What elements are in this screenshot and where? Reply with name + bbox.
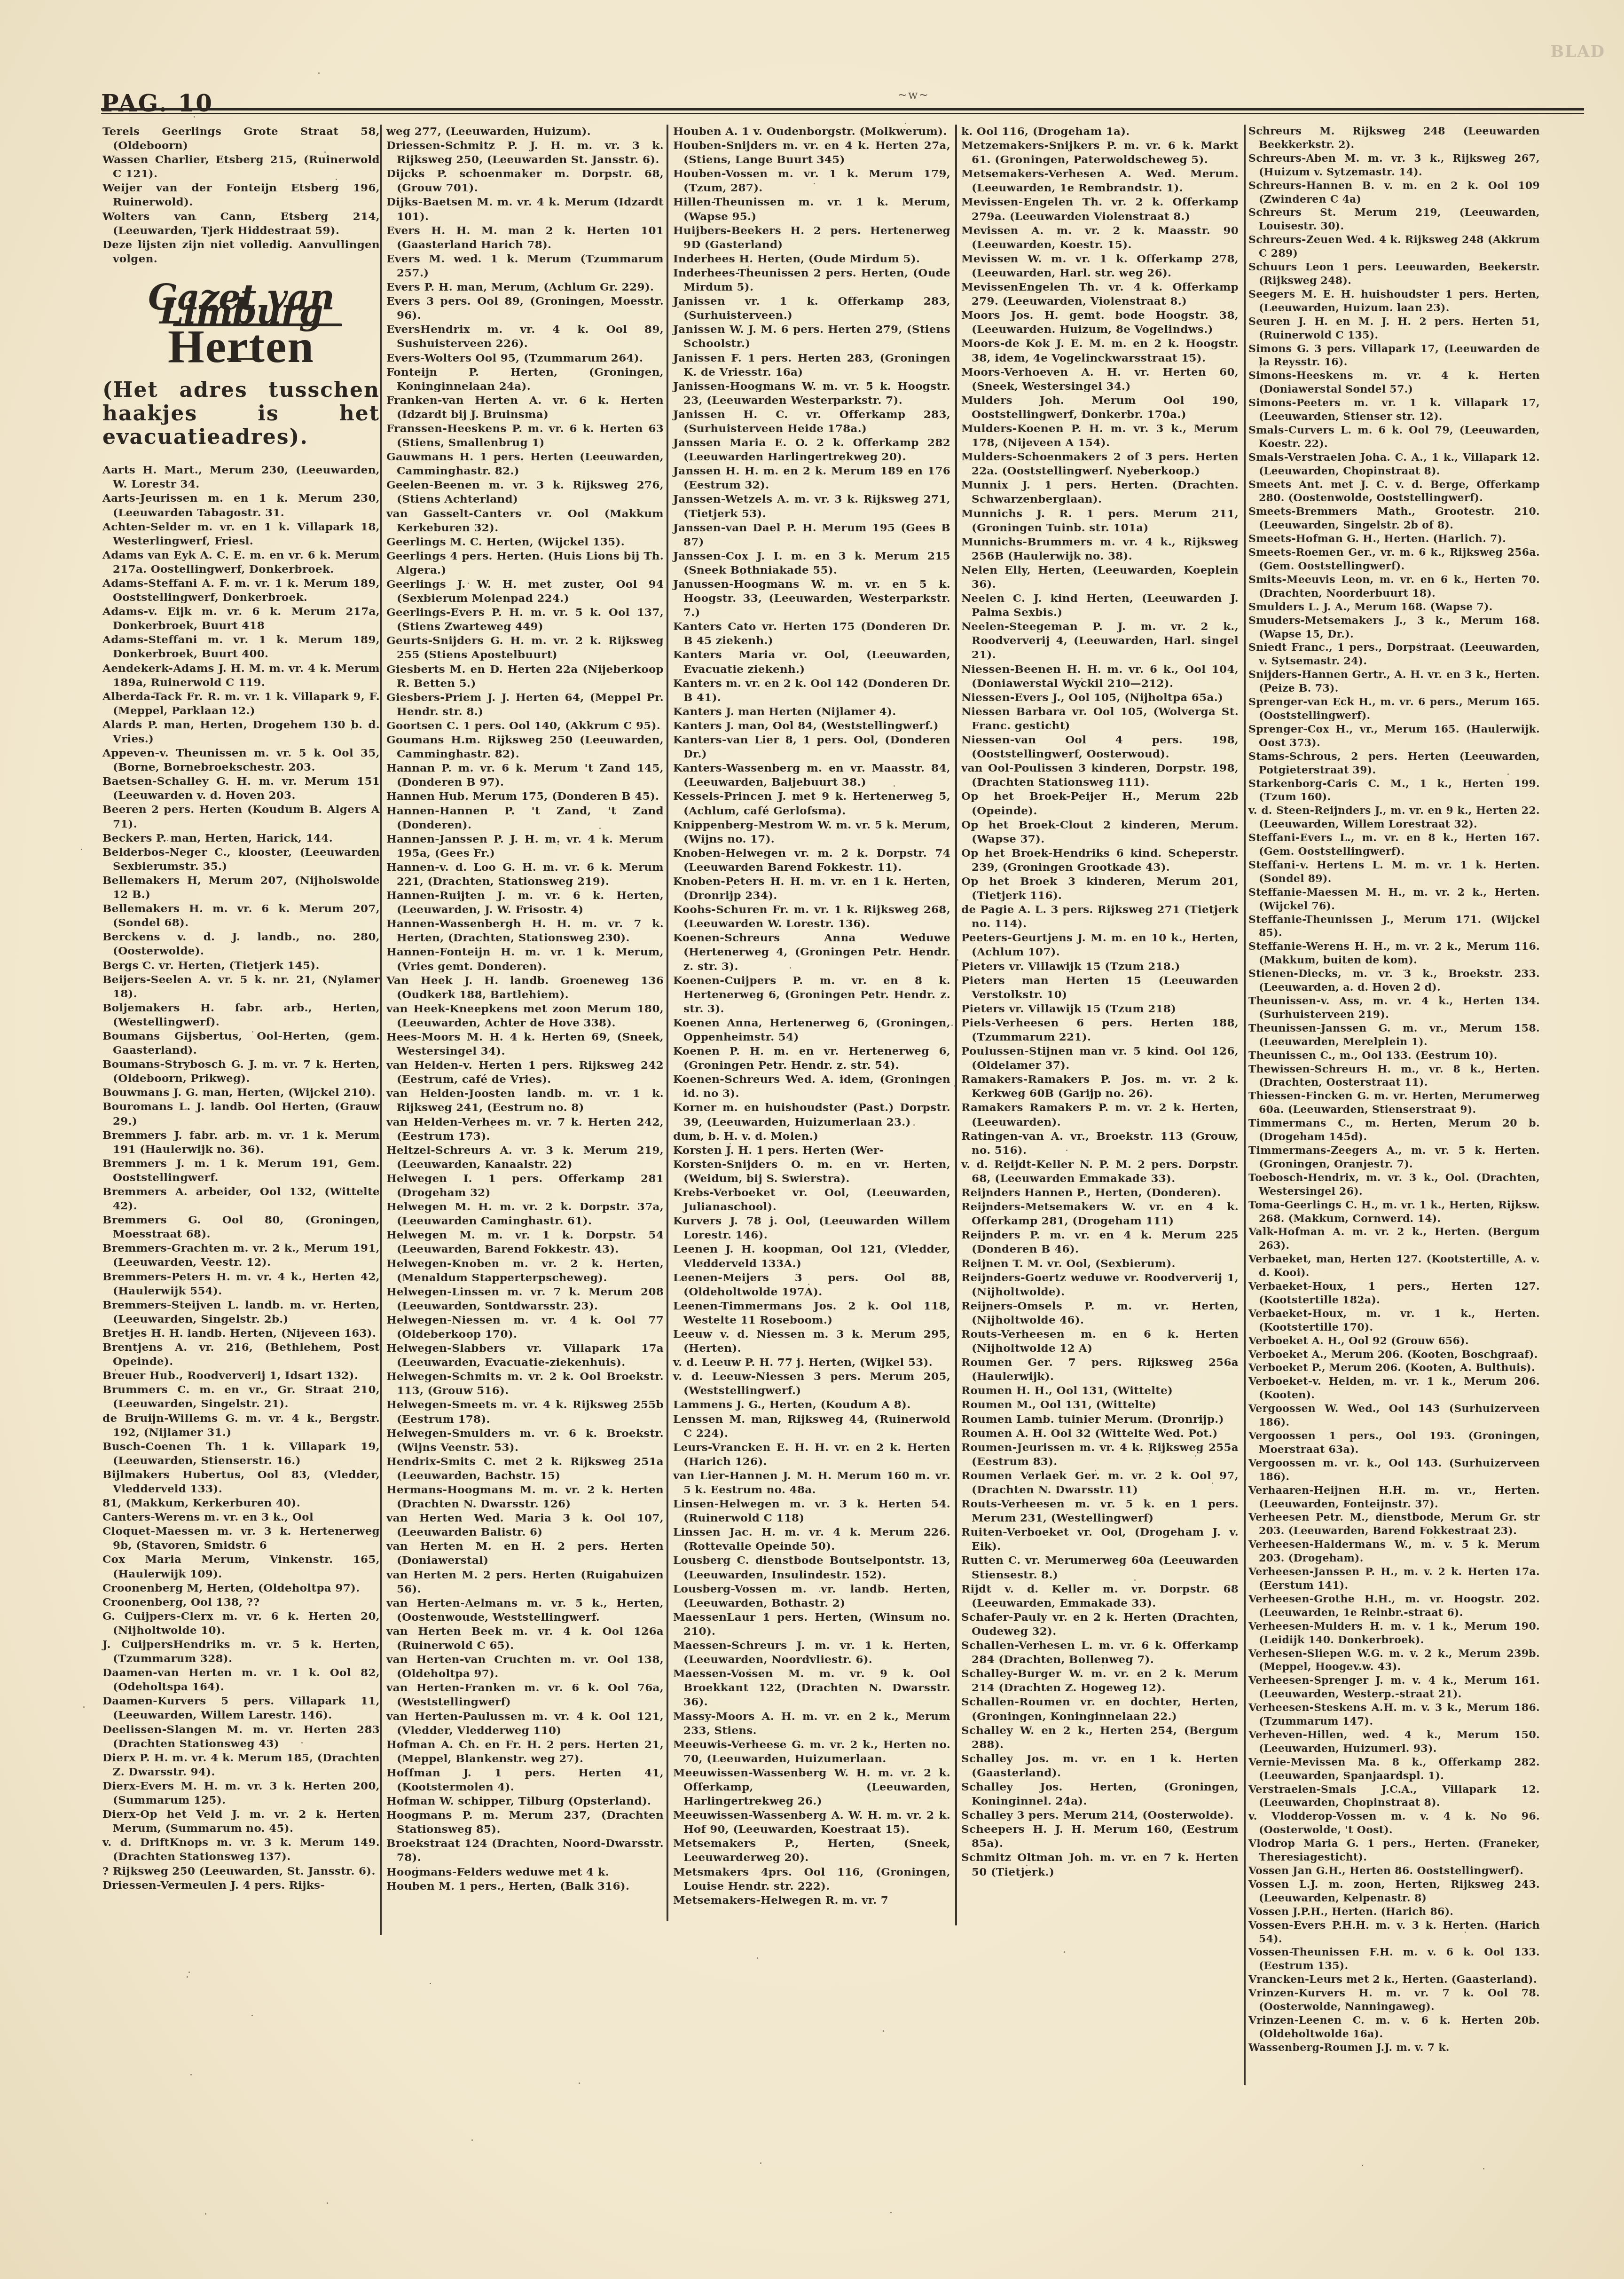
list-entry: Meeuwis-Verheese G. m. vr. 2 k., Herten … <box>673 1738 950 1766</box>
list-entry: Lousberg-Vossen m. vr. landb. Herten, (L… <box>673 1582 950 1610</box>
list-entry: v. d. Leeuw-Niessen 3 pers. Merum 205, (… <box>673 1370 950 1398</box>
list-entry: Schalley Jos. m. vr. en 1 k. Herten (Gaa… <box>961 1752 1239 1780</box>
list-entry: Hannen-Ruijten J. m. vr. 6 k. Herten, (L… <box>386 889 664 917</box>
list-entry: Korsten-Snijders O. m. en vr. Herten, (W… <box>673 1158 950 1186</box>
list-entry: Terels Geerlings Grote Straat 58, (Oldeb… <box>102 125 380 153</box>
speck <box>883 2030 884 2032</box>
list-entry: Bremmers A. arbeider, Ool 132, (Wittelte… <box>102 1185 380 1213</box>
list-entry: Vossen-Evers P.H.H. m. v. 3 k. Herten. (… <box>1248 1919 1540 1946</box>
list-entry: Koenen P. H. m. en vr. Hertenerweg 6, (G… <box>673 1044 950 1072</box>
list-entry: Koohs-Schuren Fr. m. vr. 1 k. Rijksweg 2… <box>673 903 950 931</box>
list-entry: Stams-Schrous, 2 pers. Herten (Leeuwarde… <box>1248 750 1540 777</box>
list-entry: Vlodrop Maria G. 1 pers., Herten. (Frane… <box>1248 1837 1540 1864</box>
list-entry: Helwegen-Slabbers vr. Villapark 17a (Lee… <box>386 1341 664 1370</box>
list-entry: Theunissen C., m., Ool 133. (Eestrum 10)… <box>1248 1049 1540 1063</box>
list-entry: Hannen Hub. Merum 175, (Donderen B 45). <box>386 789 664 804</box>
list-entry: Smuders-Metsemakers J., 3 k., Merum 168.… <box>1248 614 1540 641</box>
top-mark: ~w~ <box>898 88 929 102</box>
list-entry: Schafer-Pauly vr. en 2 k. Herten (Dracht… <box>961 1610 1239 1639</box>
list-entry: Toebosch-Hendrix, m. vr. 3 k., Ool. (Dra… <box>1248 1171 1540 1199</box>
list-entry: Canters-Werens m. vr. en 3 k., Ool <box>102 1510 380 1524</box>
list-entry: van Lier-Hannen J. M. H. Merum 160 m. vr… <box>673 1469 950 1497</box>
list-entry: Driessen-Vermeulen J. 4 pers. Rijks- <box>102 1878 380 1893</box>
list-entry: Berckens v. d. J. landb., no. 280, (Oost… <box>102 930 380 958</box>
list-entry: Schreurs St. Merum 219, (Leeuwarden, Lou… <box>1248 206 1540 233</box>
list-entry: Alards P. man, Herten, Drogehem 130 b. d… <box>102 718 380 746</box>
list-entry: Hofman A. Ch. en Fr. H. 2 pers. Herten 2… <box>386 1738 664 1766</box>
list-entry: Verheven-Hillen, wed. 4 k., Merum 150. (… <box>1248 1728 1540 1756</box>
list-entry: Dierx-Op het Veld J. m. vr. 2 k. Herten … <box>102 1807 380 1836</box>
speck <box>417 711 418 712</box>
list-entry: Janssen-van Dael P. H. Merum 195 (Gees B… <box>673 521 950 549</box>
list-entry: Bretjes H. H. landb. Herten, (Nijeveen 1… <box>102 1326 380 1341</box>
speck <box>205 2213 206 2215</box>
list-entry: Beijers-Seelen A. vr. 5 k. nr. 21, (Nyla… <box>102 973 380 1001</box>
list-entry: Evers P. H. man, Merum, (Achlum Gr. 229)… <box>386 280 664 294</box>
speck <box>1081 678 1083 679</box>
list-entry: Poulussen-Stijnen man vr. 5 kind. Ool 12… <box>961 1044 1239 1072</box>
list-entry: Geerlings M. C. Herten, (Wijckel 135). <box>386 535 664 549</box>
list-entry: Schallen-Verhesen L. m. vr. 6 k. Offerka… <box>961 1639 1239 1667</box>
list-entry: Daamen-van Herten m. vr. 1 k. Ool 82, (O… <box>102 1666 380 1694</box>
list-entry: Maessen-Schreurs J. m. vr. 1 k. Herten, … <box>673 1639 950 1667</box>
list-entry: Mevissen A. m. vr. 2 k. Maasstr. 90 (Lee… <box>961 224 1239 252</box>
list-entry: k. Ool 116, (Drogeham 1a). <box>961 125 1239 139</box>
list-entry: Schreurs-Zeuen Wed. 4 k. Rijksweg 248 (A… <box>1248 233 1540 260</box>
speck <box>1064 1951 1065 1953</box>
list-entry: Beeren 2 pers. Herten (Koudum B. Algers … <box>102 803 380 831</box>
list-entry: van Herten-Aelmans m. vr. 5 k., Herten, … <box>386 1596 664 1624</box>
list-entry: Roumen H. H., Ool 131, (Wittelte) <box>961 1384 1239 1398</box>
list-entry: van Herten-Franken m. vr. 6 k. Ool 76a, … <box>386 1681 664 1709</box>
list-entry: Verhaaren-Heijnen H.H. m. vr., Herten. (… <box>1248 1484 1540 1511</box>
speck <box>905 123 906 124</box>
list-entry: Kanters Cato vr. Herten 175 (Donderen Dr… <box>673 620 950 648</box>
list-entry: Verbaeket-Houx, 1 pers., Herten 127. (Ko… <box>1248 1280 1540 1307</box>
list-entry: Moors Jos. H. gemt. bode Hoogstr. 38, (L… <box>961 308 1239 337</box>
list-entry: Hannen-Fonteijn H. m. vr. 1 k. Merum, (V… <box>386 945 664 973</box>
column-divider <box>1244 125 1246 2085</box>
list-entry: Vossen L.J. m. zoon, Herten, Rijksweg 24… <box>1248 1878 1540 1905</box>
list-entry: Hoffman J. 1 pers. Herten 41, (Kootsterm… <box>386 1766 664 1794</box>
list-entry: Dierx-Evers M. H. m. vr. 3 k. Herten 200… <box>102 1779 380 1807</box>
list-entry: Goumans H.m. Rijksweg 250 (Leeuwarden, C… <box>386 733 664 761</box>
list-entry: Nelen Elly, Herten, (Leeuwarden, Koeplei… <box>961 563 1239 591</box>
list-entry: Piels-Verheesen 6 pers. Herten 188, (Tzu… <box>961 1016 1239 1044</box>
list-entry: Helwegen M. H. m. vr. 2 k. Dorpstr. 37a,… <box>386 1200 664 1228</box>
list-entry: Evers M. wed. 1 k. Merum (Tzummarum 257.… <box>386 252 664 280</box>
list-entry: Ratingen-van A. vr., Broekstr. 113 (Grou… <box>961 1129 1239 1158</box>
list-entry: Huijbers-Beekers H. 2 pers. Hertenerweg … <box>673 224 950 252</box>
section-intro: (Het adres tusschen haakjes is het evacu… <box>102 379 380 449</box>
list-entry: Verboeket A. H., Ool 92 (Grouw 656). <box>1248 1334 1540 1348</box>
list-entry: Pieters vr. Villawijk 15 (Tzum 218) <box>961 1002 1239 1016</box>
list-entry: Croonenberg M, Herten, (Oldeholtpa 97). <box>102 1581 380 1595</box>
list-entry: Meeuwissen-Wassenberg A. W. H. m. vr. 2 … <box>673 1808 950 1837</box>
list-entry: Brummers C. m. en vr., Gr. Straat 210, (… <box>102 1383 380 1411</box>
list-entry: Hees-Moors M. H. 4 k. Herten 69, (Sneek,… <box>386 1030 664 1058</box>
speck <box>951 1025 953 1026</box>
list-entry: Lammens J. G., Herten, (Koudum A 8). <box>673 1398 950 1412</box>
speck <box>677 307 679 308</box>
list-entry: Verheesen-Grothe H.H., m. vr. Hoogstr. 2… <box>1248 1593 1540 1620</box>
speck <box>351 728 352 730</box>
list-entry: Vossen J.P.H., Herten. (Harich 86). <box>1248 1905 1540 1919</box>
list-entry: Janussen-Hoogmans W. m. vr. en 5 k. Hoog… <box>673 577 950 620</box>
list-entry: Janssen Maria E. O. 2 k. Offerkamp 282 (… <box>673 436 950 464</box>
speck <box>894 785 895 787</box>
list-entry: Bremmers J. m. 1 k. Merum 191, Gem. Oost… <box>102 1157 380 1185</box>
list-entry: Helwegen M. m. vr. 1 k. Dorpstr. 54 (Lee… <box>386 1228 664 1256</box>
list-entry: Verstraelen-Smals J.C.A., Villapark 12. … <box>1248 1783 1540 1810</box>
list-entry: van Helden-Joosten landb. m. vr. 1 k. Ri… <box>386 1087 664 1115</box>
list-entry: Verheesen Petr. M., dienstbode, Merum Gr… <box>1248 1511 1540 1538</box>
list-entry: Munnichs-Brummers m. vr. 4 k., Rijksweg … <box>961 535 1239 563</box>
speck <box>491 1127 493 1128</box>
list-entry: Roumen Ger. 7 pers. Rijksweg 256a (Haule… <box>961 1356 1239 1384</box>
list-entry: Smals-Verstraelen Joha. C. A., 1 k., Vil… <box>1248 451 1540 478</box>
list-entry: Thewissen-Schreurs H. m., vr. 8 k., Hert… <box>1248 1063 1540 1090</box>
list-entry: van Herten Beek m. vr. 4 k. Ool 126a (Ru… <box>386 1624 664 1653</box>
speck <box>318 72 320 74</box>
list-entry: Routs-Verheesen m. vr. 5 k. en 1 pers. M… <box>961 1497 1239 1525</box>
column-1: Terels Geerlings Grote Straat 58, (Oldeb… <box>102 125 380 1893</box>
list-entry: Leurs-Vrancken E. H. H. vr. en 2 k. Hert… <box>673 1441 950 1469</box>
list-entry: Niessen Barbara vr. Ool 105, (Wolverga S… <box>961 705 1239 733</box>
list-entry: Deze lijsten zijn niet volledig. Aanvull… <box>102 238 380 266</box>
header-rule <box>101 108 1584 110</box>
list-entry: Reijnders P. m. vr. en 4 k. Merum 225 (D… <box>961 1228 1239 1256</box>
list-entry: Dijcks P. schoenmaker m. Dorpstr. 68, (G… <box>386 167 664 195</box>
list-entry: Vrinzen-Leenen C. m. v. 6 k. Herten 20b.… <box>1248 2014 1540 2041</box>
list-entry: Hofman W. schipper, Tilburg (Opsterland)… <box>386 1794 664 1808</box>
list-entry: Hoogmans P. m. Merum 237, (Drachten Stat… <box>386 1808 664 1837</box>
list-entry: Schalley-Burger W. m. vr. en 2 k. Merum … <box>961 1667 1239 1695</box>
newspaper-page: BLAD PAG. 10 ~w~ Terels Geerlings Grote … <box>0 0 1624 2279</box>
list-entry: Vergoossen 1 pers., Ool 193. (Groningen,… <box>1248 1429 1540 1457</box>
list-entry: Munnichs J. R. 1 pers. Merum 211, (Groni… <box>961 507 1239 535</box>
list-entry: Cloquet-Maessen m. vr. 3 k. Hertenerweg … <box>102 1524 380 1553</box>
list-entry: Hannen-Wassenbergh H. H. m. vr. 7 k. Her… <box>386 917 664 945</box>
list-entry: Meeuwissen-Wassenberg W. H. m. vr. 2 k. … <box>673 1766 950 1808</box>
list-entry: Hannen-Janssen P. J. H. m. vr. 4 k. Meru… <box>386 832 664 860</box>
speck <box>1260 366 1261 368</box>
list-entry: Goortsen C. 1 pers. Ool 140, (Akkrum C 9… <box>386 719 664 733</box>
list-entry: Seegers M. E. H. huishoudster 1 pers. He… <box>1248 288 1540 315</box>
column-2: weg 277, (Leeuwarden, Huizum).Driessen-S… <box>386 125 664 1893</box>
list-entry: Timmermans C., m. Herten, Merum 20 b. (D… <box>1248 1117 1540 1144</box>
speck <box>1507 773 1509 775</box>
list-entry: Reijners-Omsels P. m. vr. Herten, (Nijho… <box>961 1299 1239 1327</box>
list-entry: Toma-Geerlings C. H., m. vr. 1 k., Herte… <box>1248 1199 1540 1226</box>
list-entry: Korner m. en huishoudster (Past.) Dorpst… <box>673 1101 950 1129</box>
list-entry: Neelen C. J. kind Herten, (Leeuwarden J.… <box>961 591 1239 620</box>
list-entry: Helwegen-Schmits m. vr. 2 k. Ool Broekst… <box>386 1370 664 1398</box>
list-entry: Scheepers H. J. H. Merum 160, (Eestrum 8… <box>961 1822 1239 1851</box>
list-entry: Lenssen M. man, Rijksweg 44, (Ruinerwold… <box>673 1412 950 1441</box>
list-entry: Helwegen-Smeets m. vr. 4 k. Rijksweg 255… <box>386 1398 664 1426</box>
list-entry: Adams-Steffani m. vr. 1 k. Merum 189, Do… <box>102 633 380 661</box>
list-entry: Hillen-Theunissen m. vr. 1 k. Merum, (Wa… <box>673 195 950 223</box>
list-entry: Beckers P. man, Herten, Harick, 144. <box>102 831 380 845</box>
list-entry: Snijders-Hannen Gertr., A. H. vr. en 3 k… <box>1248 668 1540 695</box>
list-entry: Verbaeket, man, Herten 127. (Kootstertil… <box>1248 1253 1540 1280</box>
list-entry: Bergs C. vr. Herten, (Tietjerk 145). <box>102 959 380 973</box>
list-entry: Steffanie-Maessen M. H., m. vr. 2 k., He… <box>1248 886 1540 913</box>
list-entry: Vrinzen-Kurvers H. m. vr. 7 k. Ool 78. (… <box>1248 1987 1540 2014</box>
column-divider <box>380 125 382 1935</box>
list-entry: Reijnders Hannen P., Herten, (Donderen). <box>961 1186 1239 1200</box>
list-entry: v. d. Reijdt-Keller N. P. M. 2 pers. Dor… <box>961 1158 1239 1186</box>
list-entry: Neelen-Steegeman P. J. m. vr. 2 k., Rood… <box>961 620 1239 662</box>
list-entry: Koenen Anna, Hertenerweg 6, (Groningen, … <box>673 1016 950 1044</box>
speck <box>1483 2168 1484 2169</box>
list-entry: Aendekerk-Adams J. H. M. m. vr. 4 k. Mer… <box>102 662 380 690</box>
list-entry: Janssen-Cox J. I. m. en 3 k. Merum 215 (… <box>673 549 950 577</box>
list-entry: Sprenger-Cox H., vr., Merum 165. (Hauler… <box>1248 723 1540 750</box>
list-entry: Smits-Meeuvis Leon, m. vr. en 6 k., Hert… <box>1248 573 1540 600</box>
speck <box>890 2212 892 2213</box>
speck <box>251 2015 253 2016</box>
list-entry: Reijnen T. M. vr. Ool, (Sexbierum). <box>961 1257 1239 1271</box>
list-entry: Dierx P. H. m. vr. 4 k. Merum 185, (Drac… <box>102 1751 380 1779</box>
speck <box>195 219 196 220</box>
list-entry: Valk-Hofman A. m. vr. 2 k., Herten. (Ber… <box>1248 1225 1540 1253</box>
list-entry: Verheesen-Haldermans W., m. v. 5 k. Meru… <box>1248 1538 1540 1565</box>
speck <box>477 1729 479 1730</box>
list-entry: van Herten Wed. Maria 3 k. Ool 107, (Lee… <box>386 1511 664 1539</box>
list-entry: Kanters J. man, Ool 84, (Weststellingwer… <box>673 719 950 733</box>
speck <box>579 2082 580 2084</box>
list-entry: de Bruijn-Willems G. m. vr. 4 k., Bergst… <box>102 1412 380 1440</box>
list-entry: van Herten-Paulussen m. vr. 4 k. Ool 121… <box>386 1710 664 1738</box>
speck <box>1095 1470 1096 1471</box>
list-entry: Bremmers J. fabr. arb. m. vr. 1 k. Merum… <box>102 1128 380 1157</box>
list-entry: Dijks-Baetsen M. m. vr. 4 k. Merum (Idza… <box>386 195 664 223</box>
list-entry: Vossen Jan G.H., Herten 86. Ooststelling… <box>1248 1864 1540 1878</box>
list-entry: Mulders Joh. Merum Ool 190, Ooststelling… <box>961 394 1239 422</box>
column-4: k. Ool 116, (Drogeham 1a).Metzemakers-Sn… <box>961 125 1239 1879</box>
list-entry: Schmitz Oltman Joh. m. vr. en 7 k. Herte… <box>961 1851 1239 1879</box>
list-entry: Knoben-Peters H. H. m. vr. en 1 k. Herte… <box>673 875 950 903</box>
list-entry: Schreurs-Hannen B. v. m. en 2 k. Ool 109… <box>1248 179 1540 206</box>
list-entry: Verheesen-Janssen P. H., m. v. 2 k. Hert… <box>1248 1565 1540 1593</box>
list-entry: Reijnders-Goertz weduwe vr. Roodververij… <box>961 1271 1239 1299</box>
list-entry: Metsmakers 4prs. Ool 116, (Groningen, Lo… <box>673 1865 950 1893</box>
list-entry: Op het Broek-Clout 2 kinderen, Merum. (W… <box>961 818 1239 846</box>
list-entry: Franssen-Heeskens P. m. vr. 6 k. Herten … <box>386 422 664 450</box>
newspaper-logo: Gazet van Limburg <box>102 291 380 319</box>
list-entry: Massy-Moors A. H. m. vr. en 2 k., Merum … <box>673 1710 950 1738</box>
speck <box>190 2074 192 2075</box>
list-entry: Helwegen-Linssen m. vr. 7 k. Merum 208 (… <box>386 1285 664 1313</box>
list-entry: van Heek-Kneepkens met zoon Merum 180, (… <box>386 1002 664 1030</box>
list-entry: dum, b. H. v. d. Molen.) <box>673 1129 950 1143</box>
list-entry: Broekstraat 124 (Drachten, Noord-Dwarsst… <box>386 1837 664 1865</box>
entry-list: weg 277, (Leeuwarden, Huizum).Driessen-S… <box>386 125 664 1893</box>
list-entry: Bremmers G. Ool 80, (Groningen, Moesstra… <box>102 1213 380 1241</box>
list-entry: Schallen-Roumen vr. en dochter, Herten, … <box>961 1695 1239 1723</box>
list-entry: Baetsen-Schalley G. H. m. vr. Merum 151 … <box>102 774 380 803</box>
list-entry: Helwegen-Knoben m. vr. 2 k. Herten, (Men… <box>386 1257 664 1285</box>
list-entry: Op het Broek-Peijer H., Merum 22b (Opein… <box>961 789 1239 818</box>
list-entry: Verheesen-Mulders H. m. v. 1 k., Merum 1… <box>1248 1620 1540 1647</box>
list-entry: Giesberts M. en D. Herten 22a (Nijeberko… <box>386 662 664 691</box>
list-entry: Steffanie-Theunissen J., Merum 171. (Wij… <box>1248 913 1540 940</box>
list-entry: Maessen-Vossen M. m. vr. 9 k. Ool Broekk… <box>673 1667 950 1709</box>
list-entry: EversHendrix m. vr. 4 k. Ool 89, Sushuis… <box>386 323 664 351</box>
list-entry: Sniedt Franc., 1 pers., Dorpstraat. (Lee… <box>1248 641 1540 668</box>
list-entry: Verhesen-Sliepen W.G. m. v. 2 k., Merum … <box>1248 1647 1540 1674</box>
list-entry: de Pagie A. L. 3 pers. Rijksweg 271 (Tie… <box>961 903 1239 931</box>
list-entry: Vrancken-Leurs met 2 k., Herten. (Gaaste… <box>1248 1973 1540 1987</box>
list-entry: Helwegen I. 1 pers. Offerkamp 281 (Droge… <box>386 1172 664 1200</box>
list-entry: Bouromans L. J. landb. Ool Herten, (Grau… <box>102 1100 380 1128</box>
list-entry: G. Cuijpers-Clerx m. vr. 6 k. Herten 20,… <box>102 1609 380 1638</box>
list-entry: MevissenEngelen Th. vr. 4 k. Offerkamp 2… <box>961 280 1239 308</box>
list-entry: Thiessen-Fincken G. m. vr. Herten, Merum… <box>1248 1089 1540 1117</box>
list-entry: Adams van Eyk A. C. E. m. en vr. 6 k. Me… <box>102 548 380 576</box>
list-entry: Brentjens A. vr. 216, (Bethlehem, Post O… <box>102 1341 380 1369</box>
list-entry: Kurvers J. 78 j. Ool, (Leeuwarden Willem… <box>673 1214 950 1242</box>
list-entry: Roumen M., Ool 131, (Wittelte) <box>961 1398 1239 1412</box>
list-entry: Vergoossen W. Wed., Ool 143 (Surhuizerve… <box>1248 1402 1540 1429</box>
list-entry: Roumen-Jeurissen m. vr. 4 k. Rijksweg 25… <box>961 1441 1239 1469</box>
section-title: Herten <box>102 339 380 354</box>
list-entry: Bremmers-Peters H. m. vr. 4 k., Herten 4… <box>102 1270 380 1298</box>
list-entry: Alberda-Tack Fr. R. m. vr. 1 k. Villapar… <box>102 690 380 718</box>
list-entry: Koenen-Schreurs Wed. A. idem, (Groningen… <box>673 1072 950 1101</box>
list-entry: Seuren J. H. en M. J. H. 2 pers. Herten … <box>1248 315 1540 342</box>
speck <box>1465 1932 1466 1933</box>
list-entry: Schalley Jos. Herten, (Groningen, Koning… <box>961 1780 1239 1808</box>
list-entry: Schreurs M. Rijksweg 248 (Leeuwarden Bee… <box>1248 125 1540 152</box>
list-entry: Mevissen-Engelen Th. vr. 2 k. Offerkamp … <box>961 195 1239 223</box>
list-entry: Croonenberg, Ool 138, ?? <box>102 1595 380 1609</box>
list-entry: Gauwmans H. 1 pers. Herten (Leeuwarden, … <box>386 450 664 478</box>
list-entry: Geurts-Snijders G. H. m. vr. 2 k. Rijksw… <box>386 634 664 662</box>
list-entry: Smeets-Roemen Ger., vr. m. 6 k., Rijkswe… <box>1248 546 1540 573</box>
list-entry: Kanters m. vr. en 2 k. Ool 142 (Donderen… <box>673 677 950 705</box>
list-entry: Daamen-Kurvers 5 pers. Villapark 11, (Le… <box>102 1694 380 1722</box>
list-entry: Janssen-Wetzels A. m. vr. 3 k. Rijksweg … <box>673 492 950 520</box>
list-entry: Schalley W. en 2 k., Herten 254, (Bergum… <box>961 1724 1239 1752</box>
list-entry: Houben A. 1 v. Oudenborgstr. (Molkwerum)… <box>673 125 950 139</box>
list-entry: Theunissen-Janssen G. m. vr., Merum 158.… <box>1248 1022 1540 1049</box>
list-entry: Peeters-Geurtjens J. M. m. en 10 k., Her… <box>961 931 1239 959</box>
list-entry: Boljemakers H. fabr. arb., Herten, (West… <box>102 1001 380 1029</box>
list-entry: weg 277, (Leeuwarden, Huizum). <box>386 125 664 139</box>
list-entry: van Herten-van Cruchten m. vr. Ool 138, … <box>386 1653 664 1681</box>
list-entry: Achten-Selder m. vr. en 1 k. Villapark 1… <box>102 520 380 548</box>
list-entry: Wassen Charlier, Etsberg 215, (Ruinerwol… <box>102 153 380 181</box>
list-entry: MaessenLaur 1 pers. Herten, (Winsum no. … <box>673 1610 950 1639</box>
speck <box>954 1085 956 1087</box>
list-entry: Giesbers-Priem J. J. Herten 64, (Meppel … <box>386 691 664 719</box>
list-entry: v. d. DriftKnops m. vr. 3 k. Merum 149. … <box>102 1836 380 1864</box>
list-entry: ? Rijksweg 250 (Leeuwarden, St. Jansstr.… <box>102 1864 380 1878</box>
list-entry: Metzemakers-Snijkers P. m. vr. 6 k. Mark… <box>961 139 1239 167</box>
list-entry: Kanters Maria vr. Ool, (Leeuwarden, Evac… <box>673 648 950 676</box>
list-entry: Steffani-v. Hertens L. M. m. vr. 1 k. He… <box>1248 859 1540 886</box>
list-entry: Boumans-Strybosch G. J. m. vr. 7 k. Hert… <box>102 1057 380 1086</box>
entry-list: k. Ool 116, (Drogeham 1a).Metzemakers-Sn… <box>961 125 1239 1879</box>
speck <box>760 2162 761 2164</box>
lead-entries: Terels Geerlings Grote Straat 58, (Oldeb… <box>102 125 380 266</box>
list-entry: Niessen-Beenen H. H. m. vr. 6 k., Ool 10… <box>961 662 1239 691</box>
list-entry: Helwegen-Niessen m. vr. 4 k. Ool 77 (Old… <box>386 1313 664 1341</box>
list-entry: Bijlmakers Hubertus, Ool 83, (Vledder, V… <box>102 1468 380 1496</box>
list-entry: Deelissen-Slangen M. m. vr. Herten 283 (… <box>102 1723 380 1751</box>
list-entry: Janissen-Hoogmans W. m. vr. 5 k. Hoogstr… <box>673 379 950 408</box>
speck <box>1419 643 1420 644</box>
list-entry: Krebs-Verboeket vr. Ool, (Leeuwarden, Ju… <box>673 1186 950 1214</box>
list-entry: Verboeket-v. Helden, m. vr. 1 k., Merum … <box>1248 1375 1540 1402</box>
list-entry: Adams-v. Eijk m. vr. 6 k. Merum 217a, Do… <box>102 605 380 633</box>
speck <box>1362 2165 1363 2166</box>
list-entry: van Ool-Poulissen 3 kinderen, Dorpstr. 1… <box>961 761 1239 789</box>
list-entry: Verbaeket-Houx, m. vr. 1 k., Herten. (Ko… <box>1248 1307 1540 1334</box>
list-entry: J. CuijpersHendriks m. vr. 5 k. Herten, … <box>102 1638 380 1666</box>
list-entry: Schuurs Leon 1 pers. Leeuwarden, Beekers… <box>1248 260 1540 288</box>
list-entry: Smeets-Hofman G. H., Herten. (Harlich. 7… <box>1248 532 1540 546</box>
entry-list: Schreurs M. Rijksweg 248 (Leeuwarden Bee… <box>1248 125 1540 2055</box>
list-entry: Theunissen-v. Ass, m. vr. 4 k., Herten 1… <box>1248 994 1540 1022</box>
list-entry: Knoben-Helwegen vr. m. 2 k. Dorpstr. 74 … <box>673 846 950 875</box>
list-entry: Mulders-Koenen P. H. m. vr. 3 k., Merum … <box>961 422 1239 450</box>
list-entry: Schreurs-Aben M. m. vr. 3 k., Rijksweg 2… <box>1248 152 1540 179</box>
speck <box>741 574 742 575</box>
list-entry: Vossen-Theunissen F.H. m. v. 6 k. Ool 13… <box>1248 1946 1540 1973</box>
list-entry: v. Vlodderop-Vossen m. v. 4 k. No 96. (O… <box>1248 1810 1540 1837</box>
list-entry: Knippenberg-Mestrom W. m. vr. 5 k. Merum… <box>673 818 950 846</box>
list-entry: Hendrix-Smits C. met 2 k. Rijksweg 251a … <box>386 1455 664 1483</box>
bleed-through-text: BLAD <box>1550 42 1605 61</box>
list-entry: Linsen-Helwegen m. vr. 3 k. Herten 54. (… <box>673 1497 950 1525</box>
list-entry: Kanters-van Lier 8, 1 pers. Ool, (Donder… <box>673 733 950 761</box>
list-entry: Heltzel-Schreurs A. vr. 3 k. Merum 219, … <box>386 1143 664 1172</box>
list-entry: Houben M. 1 pers., Herten, (Balk 316). <box>386 1879 664 1893</box>
list-entry: Roumen A. H. Ool 32 (Wittelte Wed. Pot.) <box>961 1427 1239 1441</box>
speck <box>194 116 195 118</box>
list-entry: Moors-Verhoeven A. H. vr. Herten 60, (Sn… <box>961 365 1239 394</box>
speck <box>732 886 733 888</box>
list-entry: Hoogmans-Felders weduwe met 4 k. <box>386 1865 664 1879</box>
list-entry: Smulders L. J. A., Merum 168. (Wapse 7). <box>1248 600 1540 614</box>
list-entry: Metsemakers-Verhesen A. Wed. Merum. (Lee… <box>961 167 1239 195</box>
list-entry: van Helden-v. Herten 1 pers. Rijksweg 24… <box>386 1058 664 1087</box>
list-entry: van Helden-Verhees m. vr. 7 k. Herten 24… <box>386 1115 664 1143</box>
speck <box>430 1983 431 1984</box>
list-entry: Leenen-Timmermans Jos. 2 k. Ool 118, Wes… <box>673 1299 950 1327</box>
list-entry: Hannen-v. d. Loo G. H. m. vr. 6 k. Merum… <box>386 860 664 889</box>
list-entry: Moors-de Kok J. E. M. m. en 2 k. Hoogstr… <box>961 337 1239 365</box>
list-entry: Steffanie-Werens H. H., m. vr. 2 k., Mer… <box>1248 940 1540 967</box>
list-entry: Metsemakers P., Herten, (Sneek, Leeuward… <box>673 1837 950 1865</box>
speck <box>957 959 958 961</box>
list-entry: Geerlings-Evers P. H. m. vr. 5 k. Ool 13… <box>386 606 664 634</box>
list-entry: Evers-Wolters Ool 95, (Tzummarum 264). <box>386 351 664 365</box>
list-entry: Aarts-Jeurissen m. en 1 k. Merum 230, (L… <box>102 491 380 520</box>
list-entry: Smals-Curvers L. m. 6 k. Ool 79, (Leeuwa… <box>1248 424 1540 451</box>
list-entry: Weijer van der Fonteijn Etsberg 196, Rui… <box>102 181 380 209</box>
list-entry: Driessen-Schmitz P. J. H. m. vr. 3 k. Ri… <box>386 139 664 167</box>
list-entry: Leenen-Meijers 3 pers. Ool 88, (Oldeholt… <box>673 1271 950 1299</box>
list-entry: Niessen-Evers J., Ool 105, (Nijholtpa 65… <box>961 691 1239 705</box>
list-entry: Pieters vr. Villawijk 15 (Tzum 218.) <box>961 960 1239 974</box>
speck <box>324 151 326 153</box>
list-entry: Belderbos-Neger C., klooster, (Leeuwarde… <box>102 845 380 874</box>
